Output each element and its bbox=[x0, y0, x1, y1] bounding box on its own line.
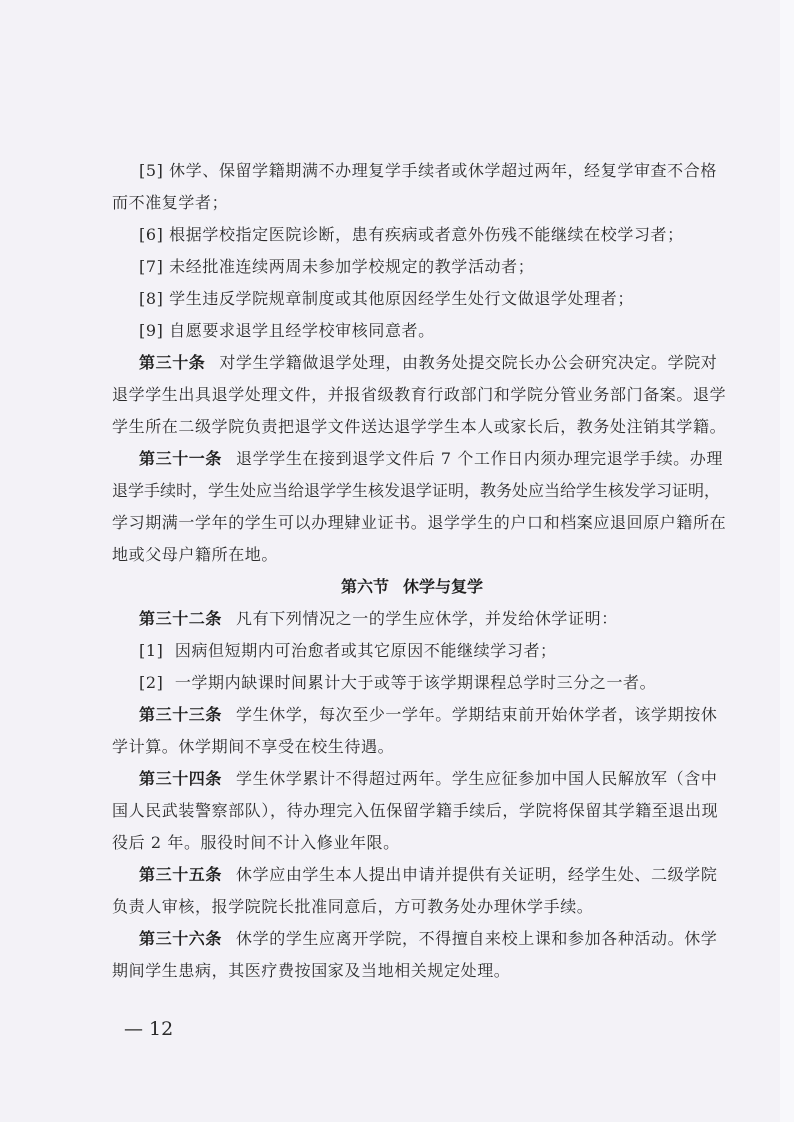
article-35-line-2: 负责人审核，报学院院长批准同意后，方可教务处办理休学手续。 bbox=[112, 891, 692, 923]
article-33-line-2: 学计算。休学期间不享受在校生待遇。 bbox=[112, 731, 692, 763]
article-34-line-2: 国人民武装警察部队），待办理完入伍保留学籍手续后，学院将保留其学籍至退出现 bbox=[112, 795, 692, 827]
article-text: 凡有下列情况之一的学生应休学，并发给休学证明： bbox=[236, 609, 618, 628]
item-text: 一学期内缺课时间累计大于或等于该学期课程总学时三分之一者。 bbox=[175, 673, 656, 692]
article-36-line-2: 期间学生患病，其医疗费按国家及当地相关规定处理。 bbox=[112, 955, 692, 987]
item-number: [8] bbox=[139, 289, 163, 308]
list-item-5-line-2: 而不准复学者； bbox=[112, 187, 692, 219]
article-36-line-1: 第三十六条休学的学生应离开学院，不得擅自来校上课和参加各种活动。休学 bbox=[112, 923, 692, 955]
section-number: 第六节 bbox=[341, 577, 389, 596]
section-title: 休学与复学 bbox=[403, 577, 483, 596]
article-32-item-1: [1] 因病但短期内可治愈者或其它原因不能继续学习者； bbox=[112, 635, 692, 667]
article-30-line-1: 第三十条对学生学籍做退学处理，由教务处提交院长办公会研究决定。学院对 bbox=[112, 347, 692, 379]
article-title: 第三十二条 bbox=[139, 609, 222, 628]
article-title: 第三十五条 bbox=[139, 865, 222, 884]
article-title: 第三十六条 bbox=[139, 929, 222, 948]
article-text: 休学应由学生本人提出申请并提供有关证明，经学生处、二级学院 bbox=[236, 865, 717, 884]
article-text: 休学的学生应离开学院，不得擅自来校上课和参加各种活动。休学 bbox=[236, 929, 717, 948]
list-item-9: [9] 自愿要求退学且经学校审核同意者。 bbox=[112, 315, 692, 347]
article-33-line-1: 第三十三条学生休学，每次至少一学年。学期结束前开始休学者，该学期按休 bbox=[112, 699, 692, 731]
article-text: 退学学生在接到退学文件后 7 个工作日内须办理完退学手续。办理 bbox=[236, 449, 723, 468]
article-text: 对学生学籍做退学处理，由教务处提交院长办公会研究决定。学院对 bbox=[219, 353, 717, 372]
article-31-line-2: 退学手续时，学生处应当给退学学生核发退学证明，教务处应当给学生核发学习证明， bbox=[112, 475, 692, 507]
item-text: 未经批准连续两周未参加学校规定的教学活动者； bbox=[169, 257, 534, 276]
article-31-line-3: 学习期满一学年的学生可以办理肄业证书。退学学生的户口和档案应退回原户籍所在 bbox=[112, 507, 692, 539]
article-32-item-2: [2] 一学期内缺课时间累计大于或等于该学期课程总学时三分之一者。 bbox=[112, 667, 692, 699]
list-item-8: [8] 学生违反学院规章制度或其他原因经学生处行文做退学处理者； bbox=[112, 283, 692, 315]
item-text: 因病但短期内可治愈者或其它原因不能继续学习者； bbox=[175, 641, 557, 660]
article-34-line-1: 第三十四条学生休学累计不得超过两年。学生应征参加中国人民解放军（含中 bbox=[112, 763, 692, 795]
page-number: — 12 bbox=[124, 1018, 173, 1040]
list-item-7: [7] 未经批准连续两周未参加学校规定的教学活动者； bbox=[112, 251, 692, 283]
item-number: [6] bbox=[139, 225, 163, 244]
article-31-line-1: 第三十一条退学学生在接到退学文件后 7 个工作日内须办理完退学手续。办理 bbox=[112, 443, 692, 475]
item-number: [1] bbox=[139, 641, 163, 660]
item-text: 自愿要求退学且经学校审核同意者。 bbox=[169, 321, 435, 340]
item-text: 根据学校指定医院诊断，患有疾病或者意外伤残不能继续在校学习者； bbox=[169, 225, 684, 244]
item-number: [2] bbox=[139, 673, 163, 692]
article-32-line-1: 第三十二条凡有下列情况之一的学生应休学，并发给休学证明： bbox=[112, 603, 692, 635]
article-title: 第三十条 bbox=[139, 353, 205, 372]
article-text: 学生休学累计不得超过两年。学生应征参加中国人民解放军（含中 bbox=[236, 769, 717, 788]
list-item-5-line-1: [5] 休学、保留学籍期满不办理复学手续者或休学超过两年，经复学审查不合格 bbox=[112, 155, 692, 187]
document-body: [5] 休学、保留学籍期满不办理复学手续者或休学超过两年，经复学审查不合格 而不… bbox=[112, 155, 692, 987]
article-title: 第三十三条 bbox=[139, 705, 222, 724]
article-31-line-4: 地或父母户籍所在地。 bbox=[112, 539, 692, 571]
section-heading: 第六节休学与复学 bbox=[112, 571, 692, 603]
item-number: [9] bbox=[139, 321, 163, 340]
article-35-line-1: 第三十五条休学应由学生本人提出申请并提供有关证明，经学生处、二级学院 bbox=[112, 859, 692, 891]
article-title: 第三十一条 bbox=[139, 449, 222, 468]
item-text: 学生违反学院规章制度或其他原因经学生处行文做退学处理者； bbox=[169, 289, 634, 308]
item-number: [5] bbox=[139, 161, 163, 180]
article-title: 第三十四条 bbox=[139, 769, 222, 788]
article-text: 学生休学，每次至少一学年。学期结束前开始休学者，该学期按休 bbox=[236, 705, 717, 724]
page-edge bbox=[780, 0, 794, 1122]
article-30-line-2: 退学学生出具退学处理文件，并报省级教育行政部门和学院分管业务部门备案。退学 bbox=[112, 379, 692, 411]
article-30-line-3: 学生所在二级学院负责把退学文件送达退学学生本人或家长后，教务处注销其学籍。 bbox=[112, 411, 692, 443]
article-34-line-3: 役后 2 年。服役时间不计入修业年限。 bbox=[112, 827, 692, 859]
item-text: 休学、保留学籍期满不办理复学手续者或休学超过两年，经复学审查不合格 bbox=[169, 161, 717, 180]
item-number: [7] bbox=[139, 257, 163, 276]
list-item-6: [6] 根据学校指定医院诊断，患有疾病或者意外伤残不能继续在校学习者； bbox=[112, 219, 692, 251]
